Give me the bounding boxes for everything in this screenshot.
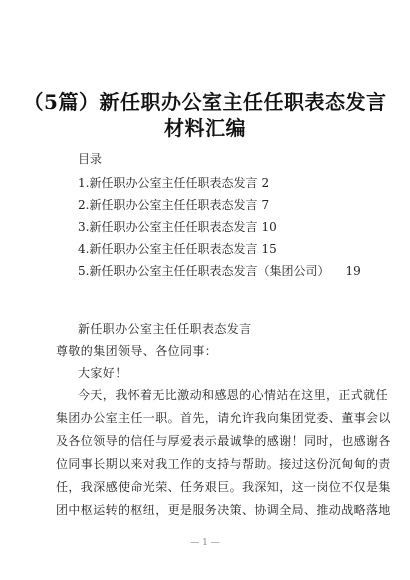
body-line: 集团办公室主任一职。首先，请允许我向集团党委、董事会以 (56, 409, 391, 426)
body-line: 位同事长期以来对我工作的支持与帮助。接过这份沉甸甸的责 (56, 455, 391, 472)
toc-item-label: 1.新任职办公室主任任职表态发言 (78, 176, 257, 190)
document-title-line2: 材料汇编 (0, 112, 410, 141)
salutation: 尊敬的集团领导、各位同事： (56, 342, 217, 359)
toc-item[interactable]: 1.新任职办公室主任任职表态发言2 (78, 174, 269, 191)
toc-item-label: 5.新任职办公室主任任职表态发言（集团公司） (78, 264, 329, 278)
body-line: 及各位领导的信任与厚爱表示最诚挚的感谢！同时，也感谢各 (56, 432, 391, 449)
toc-item[interactable]: 5.新任职办公室主任任职表态发言（集团公司）19 (78, 262, 361, 279)
toc-heading: 目录 (78, 150, 102, 167)
toc-item[interactable]: 2.新任职办公室主任任职表态发言7 (78, 196, 269, 213)
toc-item-label: 3.新任职办公室主任任职表态发言 (78, 220, 257, 234)
toc-item[interactable]: 3.新任职办公室主任任职表态发言10 (78, 218, 277, 235)
body-line: 团中枢运转的枢纽，更是服务决策、协调全局、推动战略落地 (56, 501, 391, 518)
body-line: 今天，我怀着无比激动和感恩的心情站在这里，正式就任 (78, 386, 388, 403)
page-number: — 1 — (0, 538, 410, 548)
toc-item[interactable]: 4.新任职办公室主任任职表态发言15 (78, 240, 277, 257)
toc-item-label: 2.新任职办公室主任任职表态发言 (78, 198, 257, 212)
toc-item-page: 2 (261, 176, 269, 190)
section-title: 新任职办公室主任任职表态发言 (78, 320, 252, 337)
greeting: 大家好！ (78, 364, 128, 381)
toc-item-page: 15 (261, 242, 276, 256)
toc-item-label: 4.新任职办公室主任任职表态发言 (78, 242, 257, 256)
document-title: （5篇）新任职办公室主任任职表态发言 (0, 86, 410, 115)
toc-item-page: 10 (261, 220, 276, 234)
toc-item-page: 7 (261, 198, 269, 212)
body-line: 任，我深感使命光荣、任务艰巨。我深知，这一岗位不仅是集 (56, 478, 391, 495)
toc-item-page: 19 (345, 264, 360, 278)
